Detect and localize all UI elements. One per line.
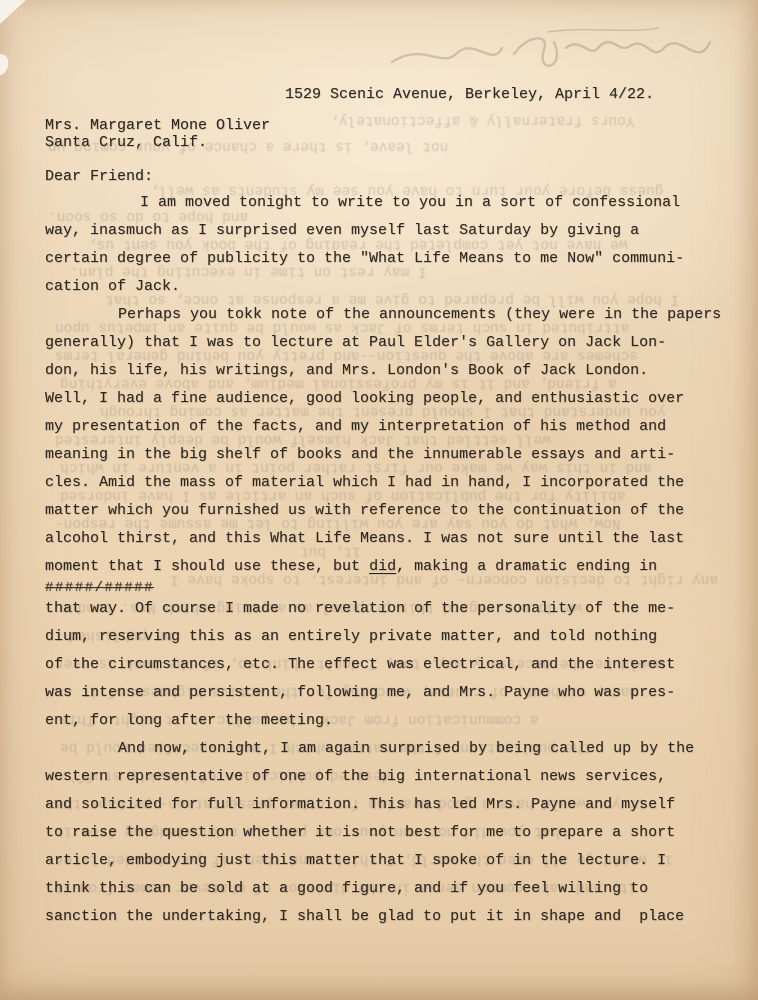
letter-line: to raise the question whether it is not …: [45, 819, 717, 847]
letter-line: Perhaps you tokk note of the announcemen…: [45, 301, 717, 329]
letter-line: think this can be sold at a good figure,…: [45, 875, 717, 903]
letter-text: and solicited for full information. This…: [45, 796, 675, 813]
letter-text: ent, for long after the meeting.: [45, 712, 333, 729]
letter-text: And now, tonight, I am again surprised b…: [118, 740, 694, 757]
letter-line: I am moved tonight to write to you in a …: [45, 189, 717, 217]
letter-text: to raise the question whether it is not …: [45, 824, 675, 841]
letter-line: western representative of one of the big…: [45, 763, 717, 791]
letter-line: cles. Amid the mass of material which I …: [45, 469, 717, 497]
letter-text: cation of Jack.: [45, 278, 180, 295]
letter-line: way, inasmuch as I surprised even myself…: [45, 217, 717, 245]
letter-text: generally) that I was to lecture at Paul…: [45, 334, 666, 351]
letter-text: matter which you furnished us with refer…: [45, 502, 684, 519]
letter-text: Perhaps you tokk note of the announcemen…: [118, 306, 721, 323]
letter-text: that way. Of course I made no revelation…: [45, 600, 675, 617]
letter-line: certain degree of publicity to the "What…: [45, 245, 717, 273]
letter-line: moment that I should use these, but did,…: [45, 553, 717, 581]
letter-text: article, embodying just this matter that…: [45, 852, 666, 869]
letter-line: my presentation of the facts, and my int…: [45, 413, 717, 441]
letter-line: article, embodying just this matter that…: [45, 847, 717, 875]
letter-line: meaning in the big shelf of books and th…: [45, 441, 717, 469]
letter-line: dium, reserving this as an entirely priv…: [45, 623, 717, 651]
letter-text: my presentation of the facts, and my int…: [45, 418, 666, 435]
letter-line: Well, I had a fine audience, good lookin…: [45, 385, 717, 413]
letter-text: western representative of one of the big…: [45, 768, 666, 785]
salutation: Dear Friend:: [45, 168, 717, 186]
struck-out-text: #####/#####: [45, 581, 717, 595]
letter-text: dium, reserving this as an entirely priv…: [45, 628, 657, 645]
bleedthrough-signature: [388, 16, 718, 78]
letter-text: #####/#####: [45, 580, 154, 596]
letter-line: alcohol thirst, and this What Life Means…: [45, 525, 717, 553]
letter-text: way, inasmuch as I surprised even myself…: [45, 222, 639, 239]
page-corner-fold: [0, 0, 26, 24]
letter-line: generally) that I was to lecture at Paul…: [45, 329, 717, 357]
letter-text: think this can be sold at a good figure,…: [45, 880, 648, 897]
letter-text: cles. Amid the mass of material which I …: [45, 474, 684, 491]
letter-text: certain degree of publicity to the "What…: [45, 250, 684, 267]
recipient-name: Mrs. Margaret Mone Oliver: [45, 117, 717, 134]
recipient-address: Santa Cruz, Calif.: [45, 134, 717, 151]
letter-line: that way. Of course I made no revelation…: [45, 595, 717, 623]
letter-text: I am moved tonight to write to you in a …: [140, 194, 680, 211]
letter-text: sanction the undertaking, I shall be gla…: [45, 908, 684, 925]
letter-text: alcohol thirst, and this What Life Means…: [45, 530, 684, 547]
letter-text: Well, I had a fine audience, good lookin…: [45, 390, 684, 407]
letter-line: matter which you furnished us with refer…: [45, 497, 717, 525]
letter-line: was intense and persistent, following me…: [45, 679, 717, 707]
letter-text: meaning in the big shelf of books and th…: [45, 446, 675, 463]
letter-line: don, his life, his writings, and Mrs. Lo…: [45, 357, 717, 385]
letter-body: I am moved tonight to write to you in a …: [45, 189, 717, 931]
typed-letter: 1529 Scenic Avenue, Berkeley, April 4/22…: [45, 86, 717, 931]
letter-text: , making a dramatic ending in: [396, 558, 657, 575]
letter-text: don, his life, his writings, and Mrs. Lo…: [45, 362, 648, 379]
letter-line: and solicited for full information. This…: [45, 791, 717, 819]
letter-line: cation of Jack.: [45, 273, 717, 301]
date-line: 1529 Scenic Avenue, Berkeley, April 4/22…: [45, 86, 717, 104]
recipient-block: Mrs. Margaret Mone OliverSanta Cruz, Cal…: [45, 117, 717, 151]
letter-text: of the circumstances, etc. The effect wa…: [45, 656, 675, 673]
letter-page: Yours fraternally & affectionately,not l…: [0, 0, 758, 1000]
letter-line: of the circumstances, etc. The effect wa…: [45, 651, 717, 679]
letter-line: And now, tonight, I am again surprised b…: [45, 735, 717, 763]
letter-line: ent, for long after the meeting.: [45, 707, 717, 735]
underlined-word: did: [369, 558, 396, 575]
letter-line: sanction the undertaking, I shall be gla…: [45, 903, 717, 931]
letter-text: was intense and persistent, following me…: [45, 684, 675, 701]
letter-text: moment that I should use these, but: [45, 558, 369, 575]
